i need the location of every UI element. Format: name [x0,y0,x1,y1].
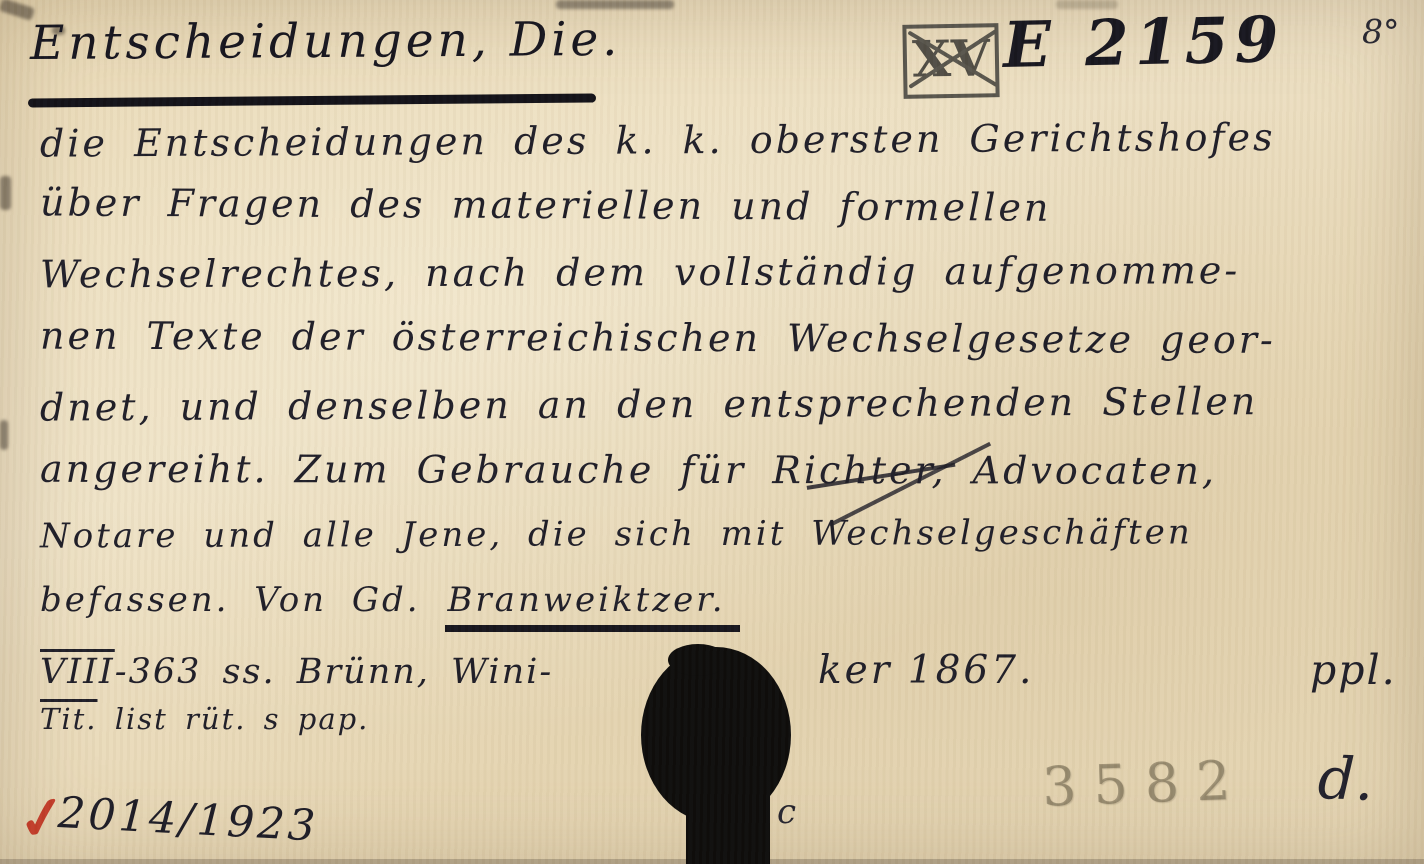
clamp-silhouette [598,630,818,864]
body-line: nen Texte der österreichischen Wechselge… [40,314,1408,385]
collation-rest: -363 ss. [115,652,276,692]
card-heading: Entscheidungen, Die. [30,12,622,71]
body-line: die Entscheidungen des k. k. obersten Ge… [40,114,1408,187]
body-line-text: angereiht. Zum Gebrauche für Richter, Ad… [40,447,1217,493]
note-rest: list rüt. s pap. [98,702,370,736]
heading-underline [28,94,596,108]
binding-note: ppl. [1310,646,1397,694]
body-line: dnet, und denselben an den entsprechende… [40,378,1408,451]
stamped-number: 3582 [1041,748,1249,818]
catalog-card: Entscheidungen, Die. XV E 2159 8° die En… [0,0,1424,864]
shelfmark: E 2159 [1002,2,1285,82]
scan-smudge-top [556,0,674,9]
body-text: die Entscheidungen des k. k. obersten Ge… [40,118,1408,646]
crossed-old-classmark: XV [902,23,999,99]
format-note: 8° [1362,12,1400,51]
imprint-continuation: ker 1867. [818,648,1034,693]
author-name-underlined: Branweiktzer. [445,580,739,632]
imprint-place: Brünn, Wini- [297,652,553,692]
imprint-left: VIII-363 ss. Brünn, Wini- [40,652,553,692]
author-line-prefix: befassen. Von Gd. [40,580,421,620]
cataloger-note: Tit. list rüt. s pap. [40,702,369,736]
collation-roman: VIII [40,652,115,692]
accession-number: 2014/1923 [57,788,320,852]
body-line: über Fragen des materiellen und formelle… [40,180,1408,253]
note-overlined: Tit. [40,702,98,736]
initial-mark: d. [1317,744,1375,814]
scan-smudge-left-edge [0,176,11,210]
body-line: Notare und alle Jene, die sich mit Wechs… [40,512,1408,583]
body-line: Wechselrechtes, nach dem vollständig auf… [40,248,1408,319]
body-line: angereiht. Zum Gebrauche für Richter, Ad… [40,447,1408,515]
scan-smudge-left-edge [0,420,8,450]
